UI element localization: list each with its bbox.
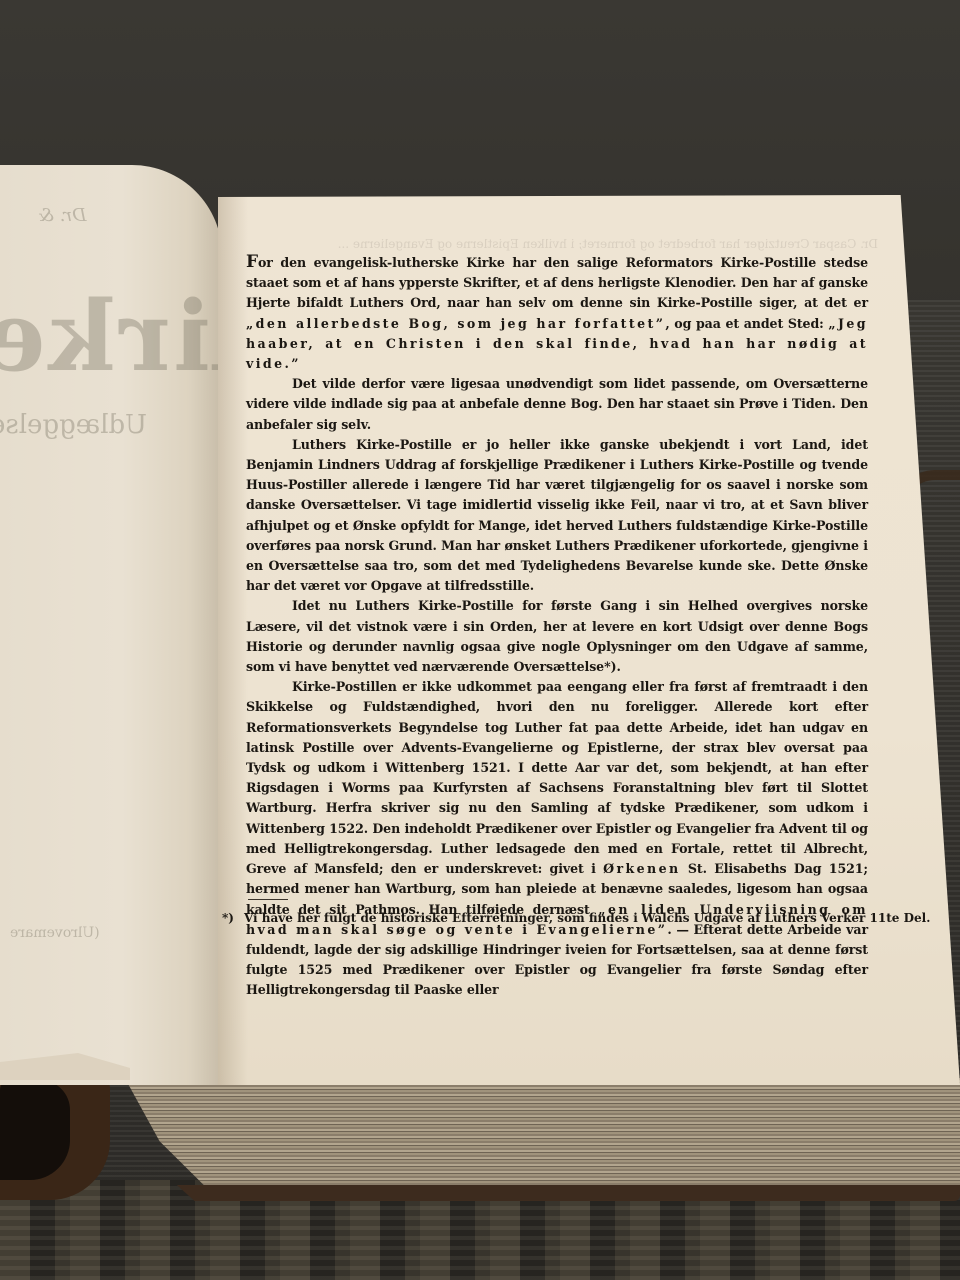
- footnote-text: Vi have her fulgt de historiske Efterret…: [244, 911, 930, 925]
- footnote-rule: [248, 899, 288, 900]
- paragraph-3: Luthers Kirke-Postille er jo heller ikke…: [246, 435, 868, 597]
- showthrough-title: Kirke: [0, 280, 222, 393]
- paragraph-1: For den evangelisk-lutherske Kirke har d…: [246, 252, 868, 374]
- footnote: *)Vi have her fulgt de historiske Efterr…: [222, 911, 902, 925]
- showthrough-small: (Ulrovemare: [10, 925, 100, 941]
- showthrough-dr: Dr. &: [38, 205, 87, 226]
- quote-allerbedste: „den allerbedste Bog, som jeg har forfat…: [246, 316, 665, 331]
- footnote-marker: *): [222, 911, 234, 925]
- page-edges: [90, 1078, 960, 1193]
- body-text: For den evangelisk-lutherske Kirke har d…: [246, 252, 868, 1001]
- right-page: Dr. Caspar Creutziger har forbedret og f…: [218, 195, 960, 1085]
- paragraph-4: Idet nu Luthers Kirke-Postille for først…: [246, 596, 868, 677]
- showthrough-subtitle: Udlæggelse: [0, 410, 147, 440]
- paragraph-5: Kirke-Postillen er ikke udkommet paa een…: [246, 677, 868, 1000]
- cover-shadow: [0, 1080, 70, 1180]
- drop-cap: F: [246, 252, 258, 272]
- paragraph-2: Det vilde derfor være ligesaa unødvendig…: [246, 374, 868, 435]
- left-page: Dr. & Kirke Udlæggelse (Ulrovemare: [0, 165, 222, 1085]
- book-cover-edge: [70, 1185, 960, 1201]
